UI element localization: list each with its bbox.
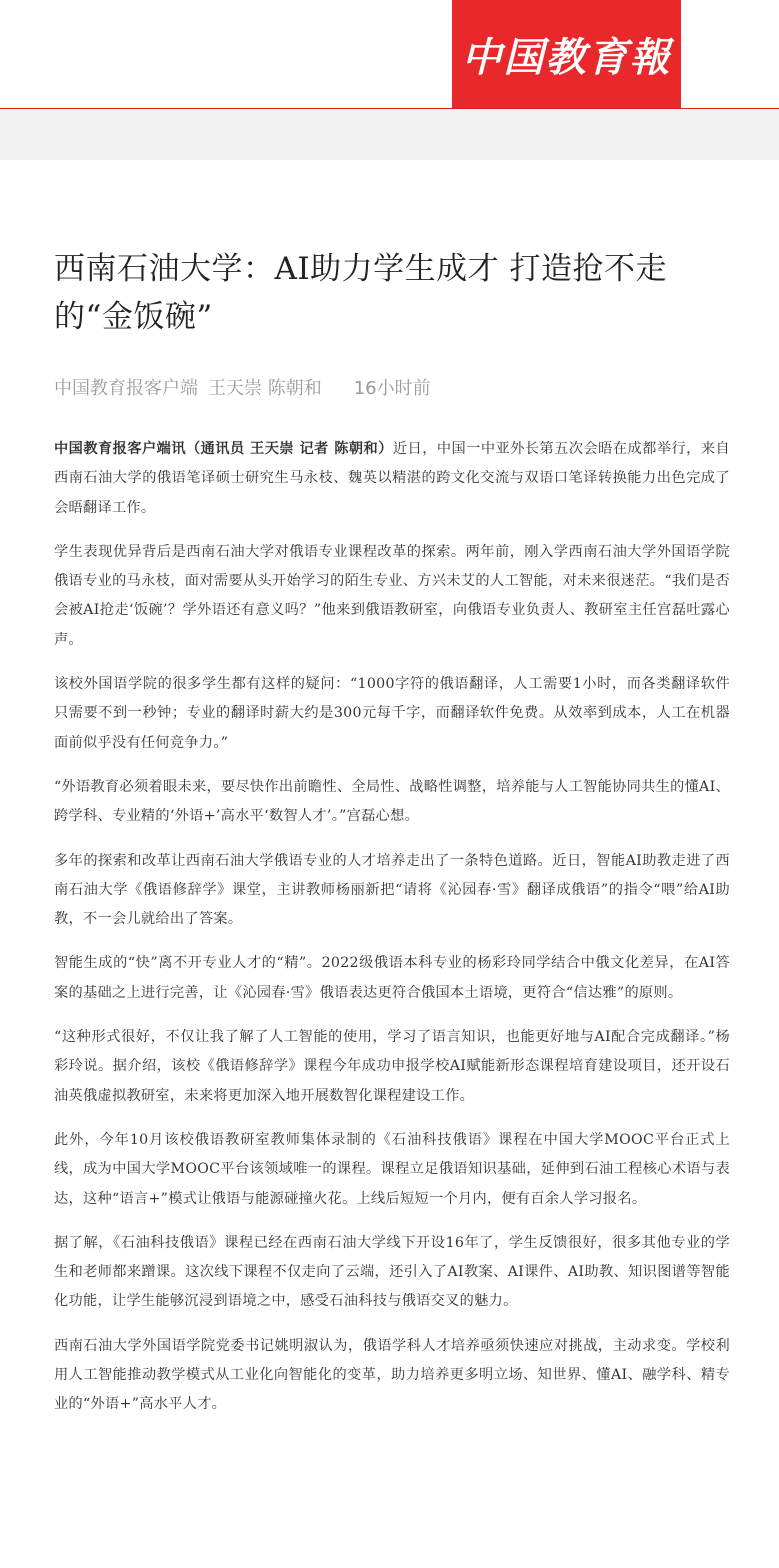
paragraph-text: 学生表现优异背后是西南石油大学对俄语专业课程改革的探索。两年前，刚入学西南石油大… xyxy=(54,544,730,648)
paragraph: 西南石油大学外国语学院党委书记姚明淑认为，俄语学科人才培养亟须快速应对挑战，主动… xyxy=(54,1332,730,1420)
article-source: 中国教育报客户端 xyxy=(54,377,198,401)
paragraph: 中国教育报客户端讯（通讯员 王天崇 记者 陈朝和）近日，中国一中亚外长第五次会晤… xyxy=(54,435,730,523)
header-gray-band xyxy=(0,109,779,160)
site-header: 中国教育報 xyxy=(0,0,779,109)
paragraph: 此外，今年10月该校俄语教研室教师集体录制的《石油科技俄语》课程在中国大学MOO… xyxy=(54,1126,730,1214)
article: 西南石油大学：AI助力学生成才 打造抢不走的“金饭碗” 中国教育报客户端 王天崇… xyxy=(54,245,730,1435)
logo-text: 中国教育報 xyxy=(462,26,672,83)
paragraph-text: “这种形式很好，不仅让我了解了人工智能的使用，学习了语言知识，也能更好地与AI配… xyxy=(54,1029,730,1104)
paragraph: 多年的探索和改革让西南石油大学俄语专业的人才培养走出了一条特色道路。近日，智能A… xyxy=(54,847,730,935)
paragraph-text: 据了解，《石油科技俄语》课程已经在西南石油大学线下开设16年了，学生反馈很好，很… xyxy=(54,1235,730,1310)
paragraph-text: 智能生成的“快”离不开专业人才的“精”。2022级俄语本科专业的杨彩玲同学结合中… xyxy=(54,955,730,1000)
paragraph-text: “外语教育必须着眼未来，要尽快作出前瞻性、全局性、战略性调整，培养能与人工智能协… xyxy=(54,779,730,824)
article-title: 西南石油大学：AI助力学生成才 打造抢不走的“金饭碗” xyxy=(54,245,730,341)
article-authors: 王天崇 陈朝和 xyxy=(208,377,322,401)
paragraph-lead: 中国教育报客户端讯（通讯员 王天崇 记者 陈朝和） xyxy=(54,441,393,457)
paragraph: 学生表现优异背后是西南石油大学对俄语专业课程改革的探索。两年前，刚入学西南石油大… xyxy=(54,538,730,655)
article-meta: 中国教育报客户端 王天崇 陈朝和 16小时前 xyxy=(54,377,730,401)
article-time: 16小时前 xyxy=(354,377,431,401)
paragraph: 据了解，《石油科技俄语》课程已经在西南石油大学线下开设16年了，学生反馈很好，很… xyxy=(54,1229,730,1317)
paragraph: 该校外国语学院的很多学生都有这样的疑问：“1000字符的俄语翻译，人工需要1小时… xyxy=(54,670,730,758)
paragraph: “外语教育必须着眼未来，要尽快作出前瞻性、全局性、战略性调整，培养能与人工智能协… xyxy=(54,773,730,832)
article-body: 中国教育报客户端讯（通讯员 王天崇 记者 陈朝和）近日，中国一中亚外长第五次会晤… xyxy=(54,435,730,1420)
paragraph-text: 西南石油大学外国语学院党委书记姚明淑认为，俄语学科人才培养亟须快速应对挑战，主动… xyxy=(54,1338,730,1413)
paragraph: “这种形式很好，不仅让我了解了人工智能的使用，学习了语言知识，也能更好地与AI配… xyxy=(54,1023,730,1111)
newspaper-logo[interactable]: 中国教育報 xyxy=(452,0,681,108)
paragraph-text: 多年的探索和改革让西南石油大学俄语专业的人才培养走出了一条特色道路。近日，智能A… xyxy=(54,853,730,928)
paragraph: 智能生成的“快”离不开专业人才的“精”。2022级俄语本科专业的杨彩玲同学结合中… xyxy=(54,949,730,1008)
paragraph-text: 此外，今年10月该校俄语教研室教师集体录制的《石油科技俄语》课程在中国大学MOO… xyxy=(54,1132,730,1207)
paragraph-text: 该校外国语学院的很多学生都有这样的疑问：“1000字符的俄语翻译，人工需要1小时… xyxy=(54,676,730,751)
